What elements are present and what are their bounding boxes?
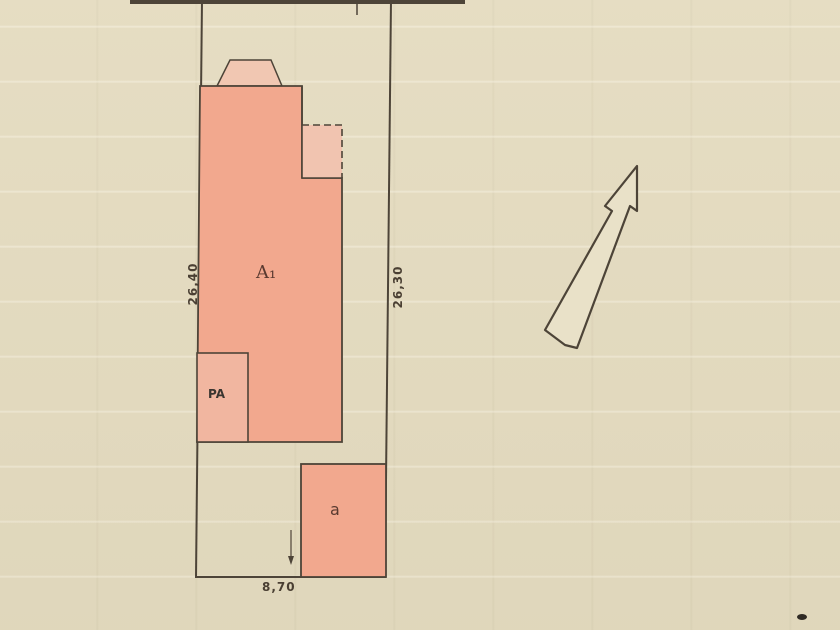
main-building-label: A₁: [256, 262, 276, 283]
dimension-left: 26,40: [186, 259, 200, 309]
entrance-arrow-icon: [288, 530, 294, 565]
dimension-bottom: 8,70: [262, 580, 296, 594]
north-arrow-icon: [545, 166, 637, 348]
porch-bay: [217, 60, 282, 86]
ink-spot: [797, 614, 807, 620]
dashed-extension-fill: [302, 125, 342, 178]
dimension-right: 26,30: [391, 262, 405, 312]
annex-a: [301, 464, 386, 577]
street-line: [130, 0, 465, 4]
pa-block-label: PA: [208, 387, 225, 401]
annex-label: a: [330, 500, 340, 519]
site-plan-drawing: [0, 0, 840, 630]
